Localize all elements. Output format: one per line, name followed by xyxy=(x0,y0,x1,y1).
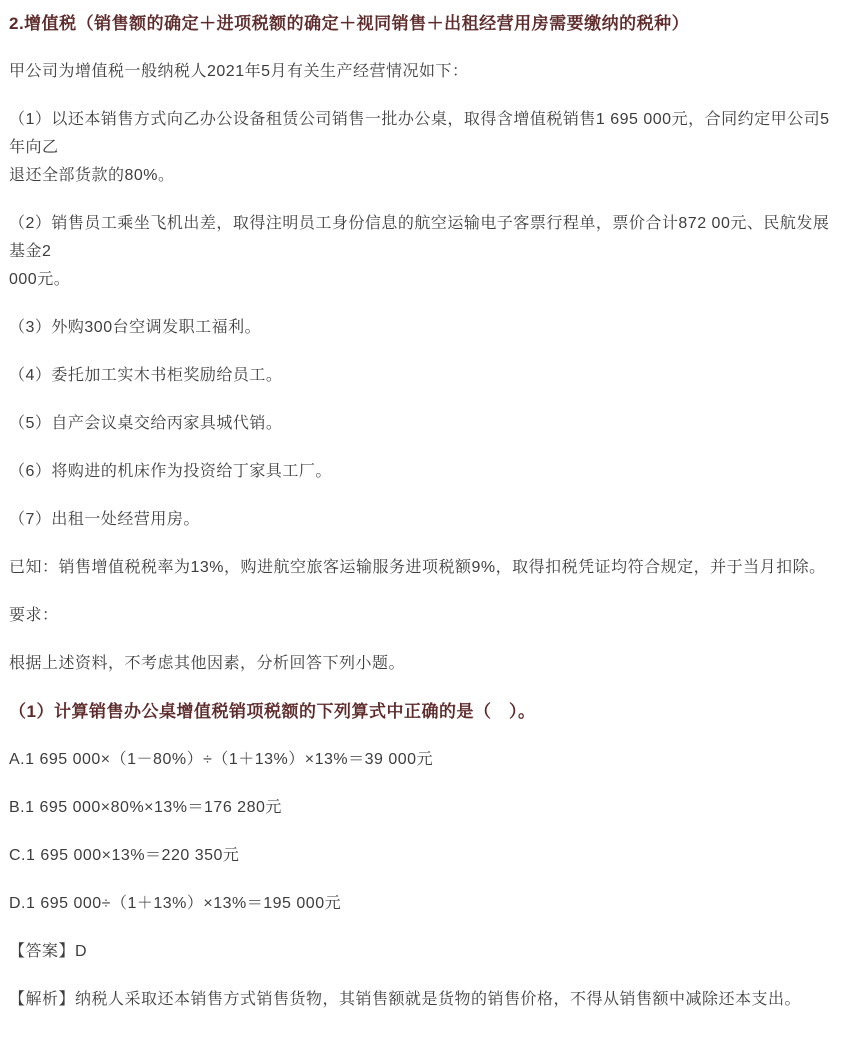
option-a: A.1 695 000×（1－80%）÷（1＋13%）×13%＝39 000元 xyxy=(9,746,837,774)
analysis-line: 【解析】纳税人采取还本销售方式销售货物，其销售额就是货物的销售价格，不得从销售额… xyxy=(9,986,837,1014)
scenario-item-1: （1）以还本销售方式向乙办公设备租赁公司销售一批办公桌，取得含增值税销售1 69… xyxy=(9,106,837,190)
scenario-item-2: （2）销售员工乘坐飞机出差，取得注明员工身份信息的航空运输电子客票行程单，票价合… xyxy=(9,210,837,294)
known-conditions: 已知：销售增值税税率为13%，购进航空旅客运输服务进项税额9%，取得扣税凭证均符… xyxy=(9,554,837,582)
exam-question-page: 2.增值税（销售额的确定＋进项税额的确定＋视同销售＋出租经营用房需要缴纳的税种）… xyxy=(0,0,846,1044)
section-title: 2.增值税（销售额的确定＋进项税额的确定＋视同销售＋出租经营用房需要缴纳的税种） xyxy=(9,10,837,38)
intro-paragraph: 甲公司为增值税一般纳税人2021年5月有关生产经营情况如下： xyxy=(9,58,837,86)
option-b: B.1 695 000×80%×13%＝176 280元 xyxy=(9,794,837,822)
scenario-item-3: （3）外购300台空调发职工福利。 xyxy=(9,314,837,342)
answer-line: 【答案】D xyxy=(9,938,837,966)
scenario-item-5: （5）自产会议桌交给丙家具城代销。 xyxy=(9,410,837,438)
option-c: C.1 695 000×13%＝220 350元 xyxy=(9,842,837,870)
scenario-item-6: （6）将购进的机床作为投资给丁家具工厂。 xyxy=(9,458,837,486)
scenario-item-7: （7）出租一处经营用房。 xyxy=(9,506,837,534)
scenario-item-4: （4）委托加工实木书柜奖励给员工。 xyxy=(9,362,837,390)
sub-question-title: （1）计算销售办公桌增值税销项税额的下列算式中正确的是（ ）。 xyxy=(9,698,837,726)
option-d: D.1 695 000÷（1＋13%）×13%＝195 000元 xyxy=(9,890,837,918)
requirement-note: 根据上述资料，不考虑其他因素，分析回答下列小题。 xyxy=(9,650,837,678)
requirement-label: 要求： xyxy=(9,602,837,630)
